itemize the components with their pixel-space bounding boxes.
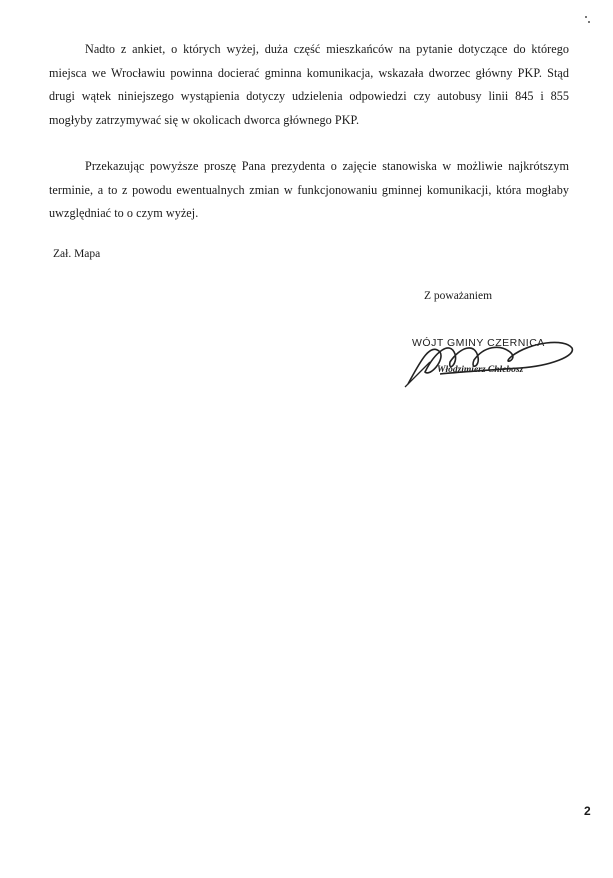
- attachment-note: Zał. Mapa: [53, 248, 100, 260]
- paragraph-1: Nadto z ankiet, o których wyżej, duża cz…: [49, 38, 569, 132]
- document-page: Nadto z ankiet, o których wyżej, duża cz…: [0, 0, 613, 878]
- closing-salutation: Z poważaniem: [424, 290, 492, 302]
- scan-speck: [585, 16, 587, 18]
- signatory-name: Włodzimierz Chlebosz: [437, 365, 523, 375]
- paragraph-2-text: Przekazując powyższe proszę Pana prezyde…: [49, 159, 569, 220]
- paragraph-2: Przekazując powyższe proszę Pana prezyde…: [49, 155, 569, 226]
- page-number: 2: [584, 804, 591, 818]
- scan-speck: [588, 21, 590, 23]
- official-stamp: WÓJT GMINY CZERNICA: [412, 337, 545, 349]
- paragraph-1-text: Nadto z ankiet, o których wyżej, duża cz…: [49, 42, 569, 127]
